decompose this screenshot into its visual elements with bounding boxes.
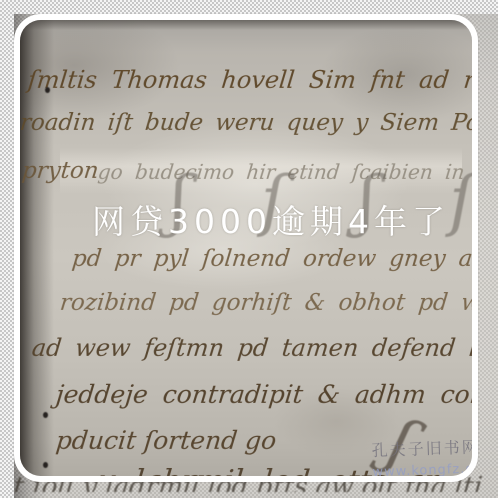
image-canvas: t ſoll y ladrmil lod btts aw olt fha ltj… (0, 0, 498, 498)
script-line-1: ſmltis Thomas hovell Sim fnt ad reſpond … (27, 66, 478, 94)
parchment-hole (43, 412, 48, 418)
watermark: 孔夫子旧书网 www.kongfz.com (371, 434, 478, 480)
overlay-title-text: 网贷3000逾期4年了 (92, 196, 450, 243)
script-line-3: pryton (21, 158, 100, 184)
watermark-site-name: 孔夫子旧书网 (371, 434, 478, 461)
script-line-2: roadin iſt bude weru quey y Siem Poly ve… (19, 110, 478, 136)
watermark-site-url: www.kongfz.com (372, 461, 478, 480)
parchment-hole (43, 462, 48, 468)
manuscript-photo: ſmltis Thomas hovell Sim fnt ad reſpond … (20, 20, 472, 476)
manuscript-top-shadow (20, 20, 472, 30)
script-line-6: rozibind pd gorhiſt & obhot pd wew deh g… (59, 290, 478, 316)
script-line-7: ad wew feſtmn pd tamen defend liert ſepi… (31, 334, 478, 362)
photo-card: ſmltis Thomas hovell Sim fnt ad reſpond … (14, 14, 478, 482)
script-line-5: pd pr pyl ſolnend ordew gney ad ffrſtu a… (71, 246, 478, 272)
script-line-8: jeddeje contradipit & adhm conhadie dude… (54, 380, 478, 409)
script-line-9: pducit ſortend go (54, 426, 277, 455)
parchment-hole (45, 87, 50, 93)
